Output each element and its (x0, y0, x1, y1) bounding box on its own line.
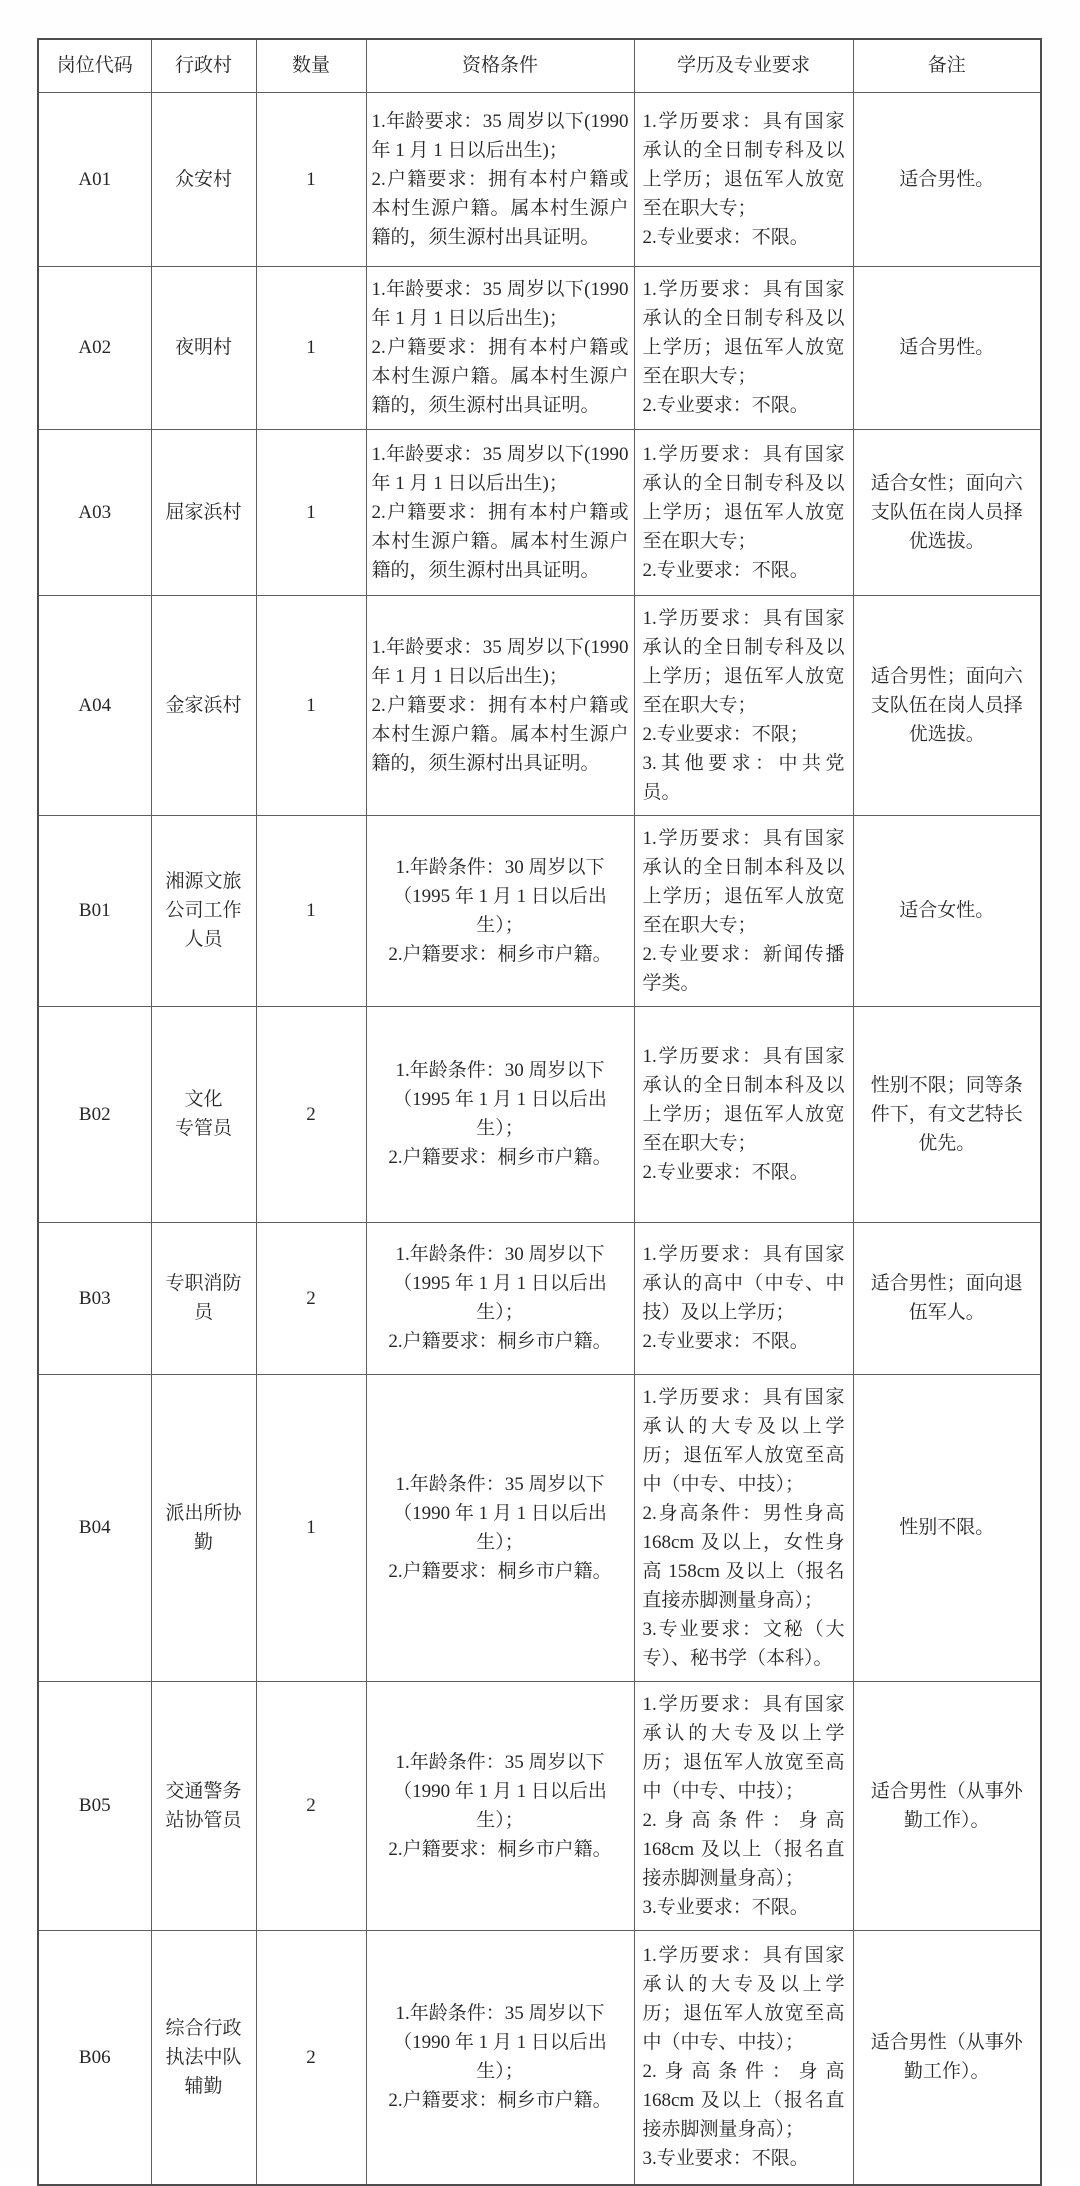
village-cell: 专职消防 员 (151, 1222, 256, 1374)
position-code-cell: B06 (38, 1930, 151, 2185)
education-text: 1.学历要求：具有国家承认的大专及以上学历；退伍军人放宽至高中（中专、中技）； … (643, 1383, 845, 1673)
qualifications-text: 1.年龄条件：35 周岁以下（1990 年 1 月 1 日以后出生）； 2.户籍… (372, 1999, 629, 2115)
qualifications-text: 1.年龄条件：30 周岁以下（1995 年 1 月 1 日以后出生）； 2.户籍… (372, 853, 629, 969)
village-cell: 文化 专管员 (151, 1006, 256, 1222)
position-code-cell: B02 (38, 1006, 151, 1222)
remark-cell: 性别不限；同等条件下，有文艺特长优先。 (853, 1006, 1041, 1222)
count-cell: 1 (256, 429, 366, 595)
count-cell: 2 (256, 1006, 366, 1222)
education-cell: 1.学历要求：具有国家承认的高中（中专、中技）及以上学历； 2.专业要求：不限。 (634, 1222, 853, 1374)
position-code-cell: B03 (38, 1222, 151, 1374)
count-cell: 1 (256, 595, 366, 815)
position-code-cell: B05 (38, 1681, 151, 1930)
column-header-remark: 备注 (853, 39, 1041, 92)
table-row: A04 金家浜村 1 1.年龄要求：35 周岁以下(1990 年 1 月 1 日… (38, 595, 1041, 815)
village-cell: 综合行政 执法中队 辅勤 (151, 1930, 256, 2185)
column-header-position-code: 岗位代码 (38, 39, 151, 92)
table-row: B05 交通警务 站协管员 2 1.年龄条件：35 周岁以下（1990 年 1 … (38, 1681, 1041, 1930)
column-header-qualifications: 资格条件 (366, 39, 634, 92)
village-cell: 夜明村 (151, 266, 256, 429)
education-text: 1.学历要求：具有国家承认的大专及以上学历；退伍军人放宽至高中（中专、中技）； … (643, 1941, 845, 2173)
education-cell: 1.学历要求：具有国家承认的全日制专科及以上学历；退伍军人放宽至在职大专； 2.… (634, 429, 853, 595)
column-header-count: 数量 (256, 39, 366, 92)
education-cell: 1.学历要求：具有国家承认的全日制专科及以上学历；退伍军人放宽至在职大专； 2.… (634, 92, 853, 266)
position-code-cell: A01 (38, 92, 151, 266)
education-text: 1.学历要求：具有国家承认的大专及以上学历；退伍军人放宽至高中（中专、中技）； … (643, 1690, 845, 1922)
qualifications-cell: 1.年龄要求：35 周岁以下(1990 年 1 月 1 日以后出生)； 2.户籍… (366, 266, 634, 429)
education-text: 1.学历要求：具有国家承认的全日制本科及以上学历；退伍军人放宽至在职大专； 2.… (643, 824, 845, 998)
education-cell: 1.学历要求：具有国家承认的全日制本科及以上学历；退伍军人放宽至在职大专； 2.… (634, 1006, 853, 1222)
count-cell: 1 (256, 92, 366, 266)
village-cell: 屈家浜村 (151, 429, 256, 595)
header-row: 岗位代码 行政村 数量 资格条件 学历及专业要求 备注 (38, 39, 1041, 92)
education-cell: 1.学历要求：具有国家承认的全日制专科及以上学历；退伍军人放宽至在职大专； 2.… (634, 595, 853, 815)
education-text: 1.学历要求：具有国家承认的全日制专科及以上学历；退伍军人放宽至在职大专； 2.… (643, 107, 845, 252)
remark-cell: 适合男性。 (853, 266, 1041, 429)
qualifications-text: 1.年龄要求：35 周岁以下(1990 年 1 月 1 日以后出生)； 2.户籍… (372, 633, 629, 778)
position-code-cell: A03 (38, 429, 151, 595)
column-header-village: 行政村 (151, 39, 256, 92)
qualifications-cell: 1.年龄条件：35 周岁以下（1990 年 1 月 1 日以后出生）； 2.户籍… (366, 1930, 634, 2185)
table-row: B03 专职消防 员 2 1.年龄条件：30 周岁以下（1995 年 1 月 1… (38, 1222, 1041, 1374)
position-code-cell: B01 (38, 815, 151, 1006)
qualifications-text: 1.年龄要求：35 周岁以下(1990 年 1 月 1 日以后出生)； 2.户籍… (372, 275, 629, 420)
education-cell: 1.学历要求：具有国家承认的大专及以上学历；退伍军人放宽至高中（中专、中技）； … (634, 1930, 853, 2185)
remark-cell: 适合男性。 (853, 92, 1041, 266)
qualifications-text: 1.年龄要求：35 周岁以下(1990 年 1 月 1 日以后出生)； 2.户籍… (372, 440, 629, 585)
education-cell: 1.学历要求：具有国家承认的全日制本科及以上学历；退伍军人放宽至在职大专； 2.… (634, 815, 853, 1006)
qualifications-cell: 1.年龄要求：35 周岁以下(1990 年 1 月 1 日以后出生)； 2.户籍… (366, 92, 634, 266)
education-text: 1.学历要求：具有国家承认的全日制专科及以上学历；退伍军人放宽至在职大专； 2.… (643, 275, 845, 420)
village-cell: 众安村 (151, 92, 256, 266)
qualifications-cell: 1.年龄条件：30 周岁以下（1995 年 1 月 1 日以后出生）； 2.户籍… (366, 815, 634, 1006)
education-cell: 1.学历要求：具有国家承认的大专及以上学历；退伍军人放宽至高中（中专、中技）； … (634, 1681, 853, 1930)
table-row: B02 文化 专管员 2 1.年龄条件：30 周岁以下（1995 年 1 月 1… (38, 1006, 1041, 1222)
qualifications-text: 1.年龄条件：35 周岁以下（1990 年 1 月 1 日以后出生）； 2.户籍… (372, 1748, 629, 1864)
position-code-cell: B04 (38, 1374, 151, 1681)
village-cell: 湘源文旅 公司工作 人员 (151, 815, 256, 1006)
table-row: A02 夜明村 1 1.年龄要求：35 周岁以下(1990 年 1 月 1 日以… (38, 266, 1041, 429)
remark-cell: 适合男性（从事外勤工作）。 (853, 1681, 1041, 1930)
count-cell: 2 (256, 1222, 366, 1374)
column-header-education-major: 学历及专业要求 (634, 39, 853, 92)
table-row: A03 屈家浜村 1 1.年龄要求：35 周岁以下(1990 年 1 月 1 日… (38, 429, 1041, 595)
education-text: 1.学历要求：具有国家承认的全日制专科及以上学历；退伍军人放宽至在职大专； 2.… (643, 604, 845, 807)
recruitment-positions-table: 岗位代码 行政村 数量 资格条件 学历及专业要求 备注 A01 众安村 1 1.… (37, 38, 1042, 2186)
remark-cell: 性别不限。 (853, 1374, 1041, 1681)
table-row: A01 众安村 1 1.年龄要求：35 周岁以下(1990 年 1 月 1 日以… (38, 92, 1041, 266)
qualifications-text: 1.年龄要求：35 周岁以下(1990 年 1 月 1 日以后出生)； 2.户籍… (372, 107, 629, 252)
qualifications-cell: 1.年龄要求：35 周岁以下(1990 年 1 月 1 日以后出生)； 2.户籍… (366, 429, 634, 595)
count-cell: 2 (256, 1930, 366, 2185)
education-text: 1.学历要求：具有国家承认的高中（中专、中技）及以上学历； 2.专业要求：不限。 (643, 1240, 845, 1356)
remark-cell: 适合男性；面向退伍军人。 (853, 1222, 1041, 1374)
education-cell: 1.学历要求：具有国家承认的全日制专科及以上学历；退伍军人放宽至在职大专； 2.… (634, 266, 853, 429)
table-row: B06 综合行政 执法中队 辅勤 2 1.年龄条件：35 周岁以下（1990 年… (38, 1930, 1041, 2185)
count-cell: 1 (256, 1374, 366, 1681)
count-cell: 1 (256, 815, 366, 1006)
education-cell: 1.学历要求：具有国家承认的大专及以上学历；退伍军人放宽至高中（中专、中技）； … (634, 1374, 853, 1681)
education-text: 1.学历要求：具有国家承认的全日制本科及以上学历；退伍军人放宽至在职大专； 2.… (643, 1042, 845, 1187)
position-code-cell: A04 (38, 595, 151, 815)
qualifications-text: 1.年龄条件：35 周岁以下（1990 年 1 月 1 日以后出生）； 2.户籍… (372, 1470, 629, 1586)
count-cell: 2 (256, 1681, 366, 1930)
qualifications-cell: 1.年龄条件：35 周岁以下（1990 年 1 月 1 日以后出生）； 2.户籍… (366, 1374, 634, 1681)
remark-cell: 适合男性（从事外勤工作）。 (853, 1930, 1041, 2185)
qualifications-text: 1.年龄条件：30 周岁以下（1995 年 1 月 1 日以后出生）； 2.户籍… (372, 1240, 629, 1356)
village-cell: 派出所协 勤 (151, 1374, 256, 1681)
qualifications-text: 1.年龄条件：30 周岁以下（1995 年 1 月 1 日以后出生）； 2.户籍… (372, 1056, 629, 1172)
count-cell: 1 (256, 266, 366, 429)
qualifications-cell: 1.年龄条件：30 周岁以下（1995 年 1 月 1 日以后出生）； 2.户籍… (366, 1006, 634, 1222)
position-code-cell: A02 (38, 266, 151, 429)
table-row: B04 派出所协 勤 1 1.年龄条件：35 周岁以下（1990 年 1 月 1… (38, 1374, 1041, 1681)
remark-cell: 适合女性。 (853, 815, 1041, 1006)
qualifications-cell: 1.年龄条件：30 周岁以下（1995 年 1 月 1 日以后出生）； 2.户籍… (366, 1222, 634, 1374)
qualifications-cell: 1.年龄要求：35 周岁以下(1990 年 1 月 1 日以后出生)； 2.户籍… (366, 595, 634, 815)
table-row: B01 湘源文旅 公司工作 人员 1 1.年龄条件：30 周岁以下（1995 年… (38, 815, 1041, 1006)
village-cell: 交通警务 站协管员 (151, 1681, 256, 1930)
education-text: 1.学历要求：具有国家承认的全日制专科及以上学历；退伍军人放宽至在职大专； 2.… (643, 440, 845, 585)
recruitment-notice-page: 岗位代码 行政村 数量 资格条件 学历及专业要求 备注 A01 众安村 1 1.… (0, 0, 1080, 2167)
qualifications-cell: 1.年龄条件：35 周岁以下（1990 年 1 月 1 日以后出生）； 2.户籍… (366, 1681, 634, 1930)
remark-cell: 适合男性；面向六支队伍在岗人员择优选拔。 (853, 595, 1041, 815)
village-cell: 金家浜村 (151, 595, 256, 815)
remark-cell: 适合女性；面向六支队伍在岗人员择优选拔。 (853, 429, 1041, 595)
